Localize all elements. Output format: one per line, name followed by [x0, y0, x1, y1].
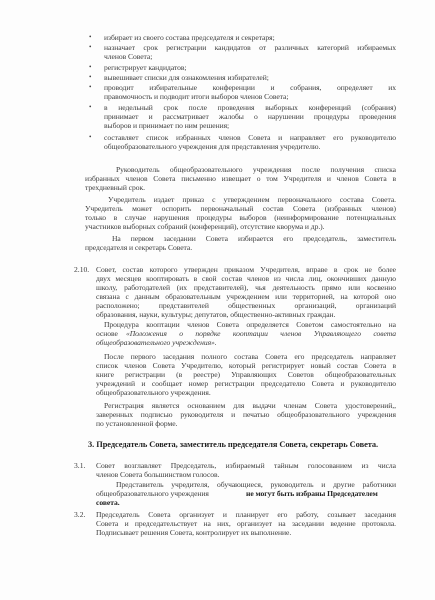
clause-line: двух месяцев кооптировать в свой состав …: [96, 274, 396, 283]
paragraph-line: трехдневный срок.: [85, 183, 145, 192]
bullet-item-cont: принимает и рассматривает жалобы о наруш…: [104, 112, 396, 121]
clause-line: список членов Совета Учредителю, который…: [96, 361, 396, 370]
clause-line: основе: [96, 329, 118, 338]
bullet-icon: •: [89, 33, 91, 42]
paragraph-line: Учредитель издает приказ с утверждением …: [108, 195, 396, 204]
regulation-title: «Положения о порядке кооптации членов Уп…: [126, 329, 396, 338]
paragraph-line: только в случае нарушения процедуры выбо…: [85, 213, 396, 222]
bullet-icon: •: [89, 63, 91, 72]
paragraph-line: председателя и секретарь Совета.: [85, 243, 192, 252]
bullet-item: составляет список избранных членов Совет…: [104, 133, 396, 142]
bullet-item-cont: членов Совета;: [104, 52, 152, 61]
bullet-item: проводит избирательные конференции и соб…: [104, 83, 396, 92]
clause-line: книге регистрации (в реестре) Управляющи…: [96, 370, 396, 379]
bullet-icon: •: [89, 83, 91, 92]
restriction-emphasis: совета.: [96, 498, 120, 507]
paragraph-line: Учредитель может оспорить первоначальный…: [85, 204, 396, 213]
clause-line: общеобразовательного учреждения: [96, 489, 209, 498]
bullet-icon: •: [89, 43, 91, 52]
clause-number: 3.1.: [74, 461, 85, 470]
bullet-item: назначает срок регистрации кандидатов от…: [104, 43, 396, 52]
regulation-title: общеобразовательного учреждения».: [96, 338, 217, 347]
clause-line: общеобразовательного учреждения.: [96, 388, 211, 397]
bullet-item-cont: общеобразовательного учреждения для пред…: [104, 142, 320, 151]
clause-line: Представитель учредителя, обучающиеся, р…: [116, 480, 396, 489]
clause-line: Совета и председательствует на них, орга…: [96, 519, 396, 528]
clause-line: заверенных подписью руководителя и печат…: [96, 410, 396, 419]
clause-line: Совет, состав которого утвержден приказо…: [96, 265, 396, 274]
clause-line: Совет возглавляет Председатель, избираем…: [96, 461, 396, 470]
clause-line: учреждений и сообщает номер регистрации …: [96, 379, 396, 388]
clause-line: Председатель Совета организует и планиру…: [96, 510, 396, 519]
paragraph-line: Руководитель общеобразовательного учрежд…: [116, 165, 396, 174]
paragraph-line: На первом заседании Совета избирается ег…: [112, 234, 396, 243]
paragraph-line: участников выборных собраний (конференци…: [85, 222, 325, 231]
clause-line: После первого заседания полного состава …: [104, 352, 396, 361]
bullet-item: избирает из своего состава председателя …: [104, 33, 275, 42]
bullet-icon: •: [89, 103, 91, 112]
bullet-item: вывешивает списки для ознакомления избир…: [104, 73, 269, 82]
bullet-item: в недельный срок после проведения выборн…: [104, 103, 396, 112]
clause-line: Процедура кооптации членов Совета опреде…: [104, 320, 396, 329]
bullet-icon: •: [89, 133, 91, 142]
clause-number: 2.10.: [74, 265, 89, 274]
bullet-icon: •: [89, 73, 91, 82]
clause-line: Регистрация является основанием для выда…: [104, 401, 396, 410]
clause-line: расположено; представителей общественных…: [96, 301, 396, 310]
bullet-item-cont: правомочность и подводит итоги выборов ч…: [104, 92, 288, 101]
bullet-item: регистрирует кандидатов;: [104, 63, 186, 72]
clause-line: Подписывает решения Совета, контролирует…: [96, 528, 291, 537]
restriction-emphasis: не могут быть избраны Председателем: [246, 489, 378, 498]
clause-line: связана с данным образовательным учрежде…: [96, 292, 396, 301]
clause-line: по установленной форме.: [96, 419, 177, 428]
clause-line: образования, науки, культуры; депутатов,…: [96, 310, 335, 319]
clause-line: школу, работодателей (их представителей)…: [96, 283, 396, 292]
bullet-item-cont: выборов и принимает по ним решения;: [104, 121, 229, 130]
clause-number: 3.2.: [74, 510, 85, 519]
clause-line: членов Совета большинством голосов.: [96, 470, 219, 479]
paragraph-line: избранных членов Совета письменно извеща…: [85, 174, 396, 183]
document-page: • избирает из своего состава председател…: [0, 0, 435, 600]
section-heading: 3. Председатель Совета, заместитель пред…: [88, 440, 378, 449]
